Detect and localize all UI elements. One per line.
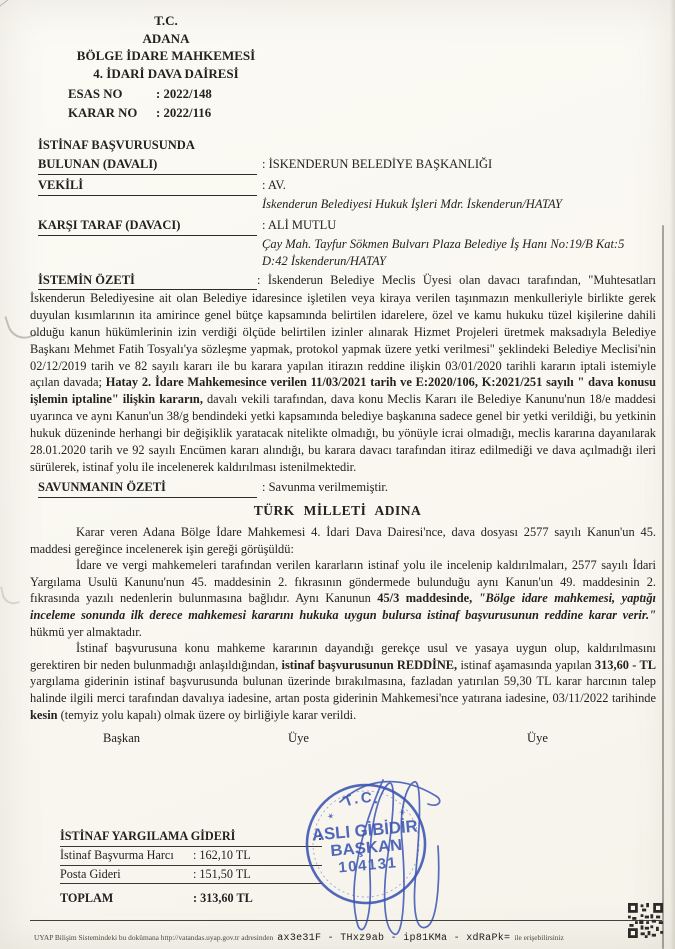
decision-p3-text-3: yargılama giderinin istinaf başvurusunda… bbox=[30, 674, 656, 705]
defendant-label: BULUNAN (DAVALI) bbox=[38, 154, 257, 175]
decision-p3-final: kesin bbox=[30, 708, 58, 722]
esas-no-row: ESAS NO : 2022/148 bbox=[68, 85, 290, 104]
cost-value: : 162,10 TL bbox=[193, 847, 251, 865]
cost-total-value: : 313,60 TL bbox=[193, 889, 253, 907]
republic-label: T.C. bbox=[42, 12, 290, 30]
plaintiff-value: : ALİ MUTLU bbox=[262, 215, 336, 236]
request-summary-text-1: : İskenderun Belediye Meclis Üyesi olan … bbox=[30, 273, 656, 389]
stamp-asli-gibidir-text: ASLI GİBİDİR bbox=[311, 816, 418, 844]
defendant-row: BULUNAN (DAVALI) : İSKENDERUN BELEDİYE B… bbox=[30, 154, 660, 175]
cost-label: İstinaf Başvurma Harcı bbox=[60, 847, 193, 865]
attorney-value: : AV. bbox=[262, 175, 286, 196]
cost-row-postage: Posta Gideri : 151,50 TL bbox=[60, 866, 322, 885]
paper-curl-mark bbox=[0, 584, 20, 607]
decision-p3-verdict: istinaf başvurusunun REDDİNE, bbox=[282, 658, 461, 672]
city-label: ADANA bbox=[42, 30, 290, 48]
decision-paragraph-3: İstinaf başvurusuna konu mahkeme kararın… bbox=[30, 640, 656, 723]
footer-prefix: UYAP Bilişim Sistemindeki bu dokümana ht… bbox=[34, 933, 273, 942]
attorney-label: VEKİLİ bbox=[38, 175, 257, 196]
decision-p3-text-4: (temyiz yolu kapalı) olmak üzere oy birl… bbox=[58, 708, 357, 722]
footer-divider bbox=[30, 920, 662, 921]
attorney-row: VEKİLİ : AV. bbox=[30, 175, 660, 196]
plaintiff-row: KARŞI TARAF (DAVACI) : ALİ MUTLU bbox=[30, 215, 660, 236]
defendant-value: : İSKENDERUN BELEDİYE BAŞKANLIĞI bbox=[262, 154, 492, 175]
defense-summary-value: : Savunma verilmemiştir. bbox=[262, 478, 388, 498]
defense-summary-label: SAVUNMANIN ÖZETİ bbox=[38, 478, 257, 498]
cost-label: Posta Gideri bbox=[60, 866, 193, 884]
karar-no-row: KARAR NO : 2022/116 bbox=[68, 104, 290, 123]
footer-suffix: ile erişebilirsiniz bbox=[514, 933, 563, 942]
stamp-inner-ring bbox=[309, 787, 424, 902]
cost-value: : 151,50 TL bbox=[193, 866, 251, 884]
karar-no-label: KARAR NO bbox=[68, 104, 156, 123]
decision-paragraph-1: Karar veren Adana Bölge İdare Mahkemesi … bbox=[30, 524, 656, 557]
karar-no-value: : 2022/116 bbox=[156, 104, 211, 123]
attorney-address: İskenderun Belediyesi Hukuk İşleri Mdr. … bbox=[262, 196, 660, 213]
signature-president: Başkan bbox=[103, 731, 140, 746]
signature-member-1: Üye bbox=[288, 731, 309, 746]
court-decision-page: T.C. ADANA BÖLGE İDARE MAHKEMESİ 4. İDAR… bbox=[0, 0, 675, 949]
stamp-tc-text: T.C. bbox=[341, 788, 384, 812]
decision-p2-text-2: hükmü yer almaktadır. bbox=[30, 625, 142, 639]
stamp-star-icon: ✶ bbox=[325, 810, 337, 823]
stamp-number-text: 104131 bbox=[338, 854, 398, 876]
esas-no-value: : 2022/148 bbox=[156, 85, 212, 104]
stamp-baskan-text: BAŞKAN bbox=[330, 837, 403, 860]
scan-edge-shade bbox=[670, 0, 675, 949]
plaintiff-address-line1: Çay Mah. Tayfur Sökmen Bulvarı Plaza Bel… bbox=[262, 236, 660, 253]
cost-row-filing-fee: İstinaf Başvurma Harcı : 162,10 TL bbox=[60, 847, 322, 866]
defense-summary-row: SAVUNMANIN ÖZETİ : Savunma verilmemiştir… bbox=[30, 478, 660, 498]
svg-text:T.C.: T.C. bbox=[341, 788, 384, 812]
signature-member-2: Üye bbox=[527, 731, 548, 746]
case-numbers: ESAS NO : 2022/148 KARAR NO : 2022/116 bbox=[42, 85, 290, 123]
appeal-costs-table: İSTİNAF YARGILAMA GİDERİ : İstinaf Başvu… bbox=[60, 828, 322, 907]
footer-access-code: ax3e31F - THxz9ab - ip81KMa - xdRaPk= bbox=[277, 933, 510, 944]
scan-edge-line bbox=[662, 225, 664, 949]
stamp-star-icon: ✶ bbox=[396, 806, 408, 818]
plaintiff-address-line2: D:42 İskenderun/HATAY bbox=[262, 253, 660, 270]
decision-p3-amount: 313,60 - TL bbox=[595, 658, 656, 672]
decision-p2-article: 45/3 maddesinde, bbox=[377, 591, 478, 605]
decision-body: Karar veren Adana Bölge İdare Mahkemesi … bbox=[30, 524, 656, 723]
costs-title-row: İSTİNAF YARGILAMA GİDERİ : bbox=[60, 828, 322, 847]
court-name: BÖLGE İDARE MAHKEMESİ bbox=[42, 47, 290, 65]
uyap-footer: UYAP Bilişim Sistemindeki bu dokümana ht… bbox=[34, 927, 630, 945]
section-title: İSTİNAF BAŞVURUSUNDA bbox=[38, 136, 660, 154]
decision-heading: TÜRK MİLLETİ ADINA bbox=[0, 503, 675, 519]
qr-code-icon bbox=[628, 903, 663, 938]
esas-no-label: ESAS NO bbox=[68, 85, 156, 104]
court-header: T.C. ADANA BÖLGE İDARE MAHKEMESİ 4. İDAR… bbox=[42, 12, 290, 123]
request-summary-label: İSTEMİN ÖZETİ bbox=[38, 272, 257, 290]
decision-paragraph-2: İdare ve vergi mahkemeleri tarafından ve… bbox=[30, 557, 656, 640]
plaintiff-label: KARŞI TARAF (DAVACI) bbox=[38, 215, 257, 236]
cost-total-label: TOPLAM bbox=[60, 889, 193, 907]
cost-total-row: TOPLAM : 313,60 TL bbox=[60, 889, 322, 907]
parties-section: İSTİNAF BAŞVURUSUNDA BULUNAN (DAVALI) : … bbox=[30, 136, 660, 270]
request-summary-paragraph: İSTEMİN ÖZETİ: İskenderun Belediye Mecli… bbox=[30, 272, 656, 476]
decision-p3-text-2: istinaf aşamasında yapılan bbox=[460, 658, 594, 672]
costs-title: İSTİNAF YARGILAMA GİDERİ bbox=[60, 828, 235, 845]
costs-title-colon: : bbox=[318, 828, 322, 845]
signature-scrawl bbox=[340, 780, 440, 934]
chamber-name: 4. İDARİ DAVA DAİRESİ bbox=[42, 65, 290, 83]
